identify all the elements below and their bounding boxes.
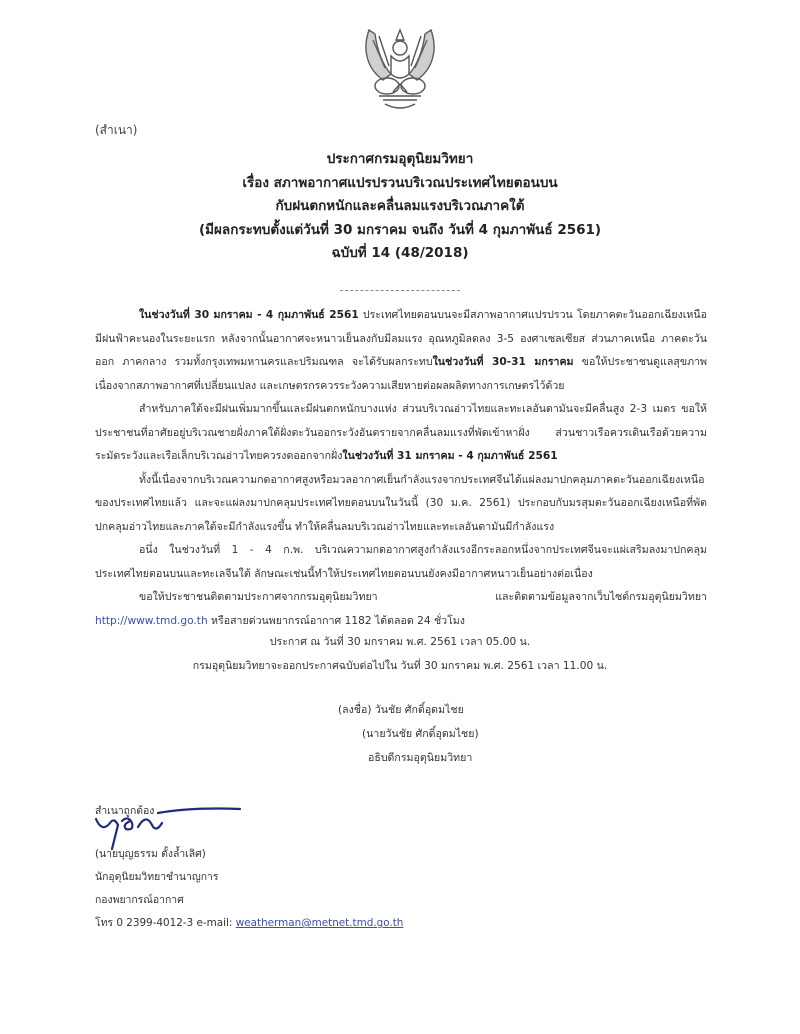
certifier-position: นักอุตุนิยมวิทยาชำนาญการ — [95, 868, 218, 885]
announced-datetime: ประกาศ ณ วันที่ 30 มกราคม พ.ศ. 2561 เวลา… — [0, 633, 800, 650]
next-issue-datetime: กรมอุตุนิยมวิทยาจะออกประกาศฉบับต่อไปใน ว… — [0, 657, 800, 674]
paragraph-text: อนึ่ง ในช่วงวันที่ 1 - 4 ก.พ. บริเวณความ… — [95, 544, 707, 580]
paragraph-text: ขอให้ประชาชนติดตามประกาศจากกรมอุตุนิยมวิ… — [139, 591, 707, 603]
title-line-subject-cont: กับฝนตกหนักและคลื่นลมแรงบริเวณภาคใต้ — [0, 195, 800, 219]
bold-date-range: ในช่วงวันที่ 30 มกราคม - 4 กุมภาพันธ์ 25… — [139, 309, 359, 321]
title-line-subject: เรื่อง สภาพอากาศแปรปรวนบริเวณประเทศไทยตอ… — [0, 172, 800, 196]
announcement-title: ประกาศกรมอุตุนิยมวิทยา เรื่อง สภาพอากาศแ… — [0, 148, 800, 266]
announcement-body: ในช่วงวันที่ 30 มกราคม - 4 กุมภาพันธ์ 25… — [95, 304, 707, 633]
signatory-name: (นายวันชัย ศักดิ์อุดมไชย) — [362, 725, 479, 742]
certifier-name: (นายบุญธรรม ตั้งล้ำเลิศ) — [95, 845, 206, 862]
signatory-position: อธิบดีกรมอุตุนิยมวิทยา — [368, 749, 472, 766]
bold-date-range: ในช่วงวันที่ 31 มกราคม - 4 กุมภาพันธ์ 25… — [342, 450, 557, 462]
certifier-division: กองพยากรณ์อากาศ — [95, 891, 184, 908]
title-line-agency: ประกาศกรมอุตุนิยมวิทยา — [0, 148, 800, 172]
tmd-website-link[interactable]: http://www.tmd.go.th — [95, 615, 208, 627]
garuda-emblem-icon — [355, 22, 445, 112]
paragraph-text: หรือสายด่วนพยากรณ์อากาศ 1182 ได้ตลอด 24 … — [208, 615, 465, 627]
paragraph-cause: ทั้งนี้เนื่องจากบริเวณความกดอากาศสูงหรือ… — [95, 469, 707, 540]
phone-label: โทร 0 2399-4012-3 e-mail: — [95, 917, 236, 929]
signed-line: (ลงชื่อ) วันชัย ศักดิ์อุดมไชย — [338, 701, 464, 718]
paragraph-text: ทั้งนี้เนื่องจากบริเวณความกดอากาศสูงหรือ… — [95, 474, 707, 533]
paragraph-contact: ขอให้ประชาชนติดตามประกาศจากกรมอุตุนิยมวิ… — [95, 586, 707, 633]
contact-line: โทร 0 2399-4012-3 e-mail: weatherman@met… — [95, 914, 403, 931]
title-line-effective-dates: (มีผลกระทบตั้งแต่วันที่ 30 มกราคม จนถึง … — [0, 219, 800, 243]
email-link[interactable]: weatherman@metnet.tmd.go.th — [236, 917, 404, 929]
paragraph-forecast-north: ในช่วงวันที่ 30 มกราคม - 4 กุมภาพันธ์ 25… — [95, 304, 707, 398]
paragraph-forecast-south: สำหรับภาคใต้จะมีฝนเพิ่มมากขึ้นและมีฝนตกห… — [95, 398, 707, 469]
divider — [340, 290, 460, 291]
paragraph-additional: อนึ่ง ในช่วงวันที่ 1 - 4 ก.พ. บริเวณความ… — [95, 539, 707, 586]
copy-label: (สำเนา) — [95, 121, 137, 140]
bold-date-range: ในช่วงวันที่ 30-31 มกราคม — [433, 356, 574, 368]
title-line-issue-number: ฉบับที่ 14 (48/2018) — [0, 242, 800, 266]
announcement-page: (สำเนา) ประกาศกรมอุตุนิยมวิทยา เรื่อง สภ… — [0, 0, 800, 1034]
